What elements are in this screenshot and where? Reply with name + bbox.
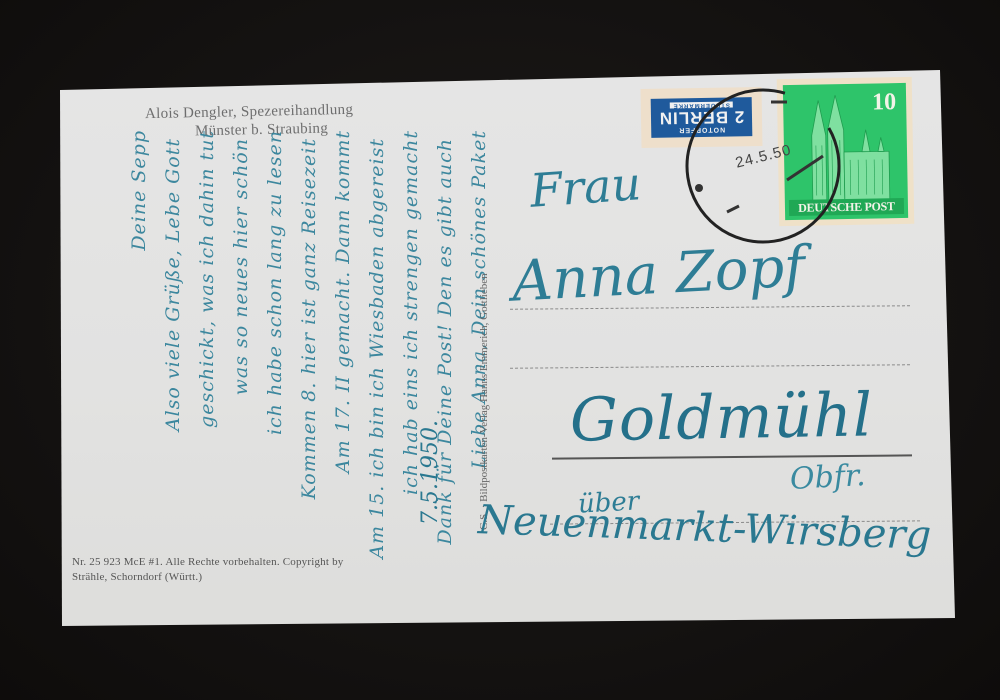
- address-town: Goldmühl: [569, 380, 873, 455]
- message-column: Also viele Grüße, Lebe Gott: [162, 138, 184, 431]
- copyright-imprint-line2: Strähle, Schorndorf (Württ.): [72, 571, 202, 583]
- message-column: was so neues hier schön: [230, 138, 252, 395]
- message-column: Am 15. ich bin ich Wiesbaden abgereist: [366, 138, 388, 559]
- message-column: Am 17. II gemacht. Dann kommt: [332, 130, 354, 473]
- message-column: Deine Sepp: [128, 130, 150, 251]
- message-column: Kommen 8. hier ist ganz Reisezeit: [298, 138, 320, 499]
- message-column: geschickt, was ich dahin tut: [196, 130, 218, 428]
- handwritten-message: Liebe Anna, Dein schönes PaketDank für D…: [68, 130, 488, 610]
- copyright-imprint-line1: Nr. 25 923 McE #1. Alle Rechte vorbehalt…: [72, 556, 344, 568]
- postmark-icon: [675, 82, 857, 254]
- message-date: 7.5.1950.: [418, 420, 443, 525]
- address-salutation: Frau: [528, 156, 642, 218]
- stamp-cologne-value: 10: [872, 89, 896, 116]
- message-column: ich habe schon lang zu lesen: [264, 130, 286, 435]
- publisher-credit-vertical: C.S. · Bildpostkarten-Verlag Hanns Emmer…: [478, 273, 490, 530]
- address-region: Obfr.: [789, 458, 866, 497]
